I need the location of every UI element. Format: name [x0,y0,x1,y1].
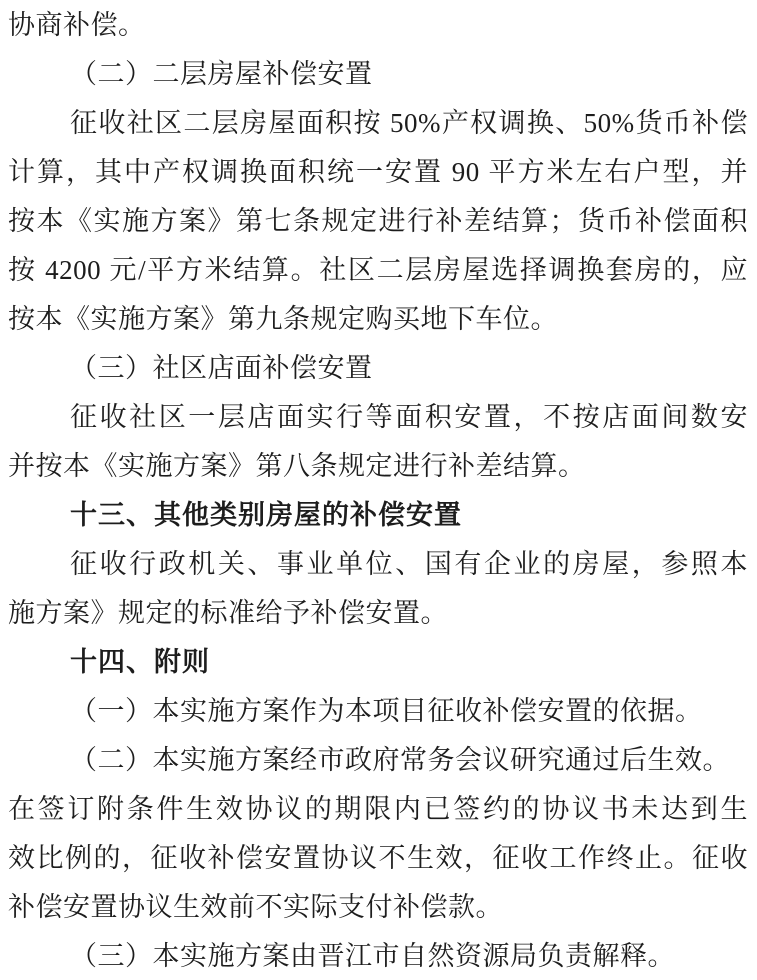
text-line: 按本《实施方案》第七条规定进行补差结算；货币补偿面积 [8,197,748,246]
text-line: 并按本《实施方案》第八条规定进行补差结算。 [8,442,748,491]
text-line: 征收社区一层店面实行等面积安置，不按店面间数安置， [8,393,748,442]
text-line: 计算，其中产权调换面积统一安置 90 平方米左右户型，并 [8,148,748,197]
document-text-block: 协商补偿。（二）二层房屋补偿安置征收社区二层房屋面积按 50%产权调换、50%货… [0,0,757,980]
text-line: 协商补偿。 [8,1,748,50]
text-line: 征收行政机关、事业单位、国有企业的房屋，参照本《实 [8,540,748,589]
section-heading: 十三、其他类别房屋的补偿安置 [8,491,748,540]
text-line: （一）本实施方案作为本项目征收补偿安置的依据。 [8,687,748,736]
text-line: 按 4200 元/平方米结算。社区二层房屋选择调换套房的，应 [8,246,748,295]
text-line: 补偿安置协议生效前不实际支付补偿款。 [8,883,748,932]
text-line: 效比例的，征收补偿安置协议不生效，征收工作终止。征收 [8,834,748,883]
section-heading: 十四、附则 [8,638,748,687]
text-line: （二）本实施方案经市政府常务会议研究通过后生效。 [8,736,748,785]
text-line: 征收社区二层房屋面积按 50%产权调换、50%货币补偿 [8,99,748,148]
text-line: 按本《实施方案》第九条规定购买地下车位。 [8,295,748,344]
document-page: 协商补偿。（二）二层房屋补偿安置征收社区二层房屋面积按 50%产权调换、50%货… [0,0,757,980]
text-line: 在签订附条件生效协议的期限内已签约的协议书未达到生 [8,785,748,834]
text-line: （三）社区店面补偿安置 [8,344,748,393]
text-line: 施方案》规定的标准给予补偿安置。 [8,589,748,638]
text-line: （三）本实施方案由晋江市自然资源局负责解释。 [8,932,748,980]
text-line: （二）二层房屋补偿安置 [8,50,748,99]
